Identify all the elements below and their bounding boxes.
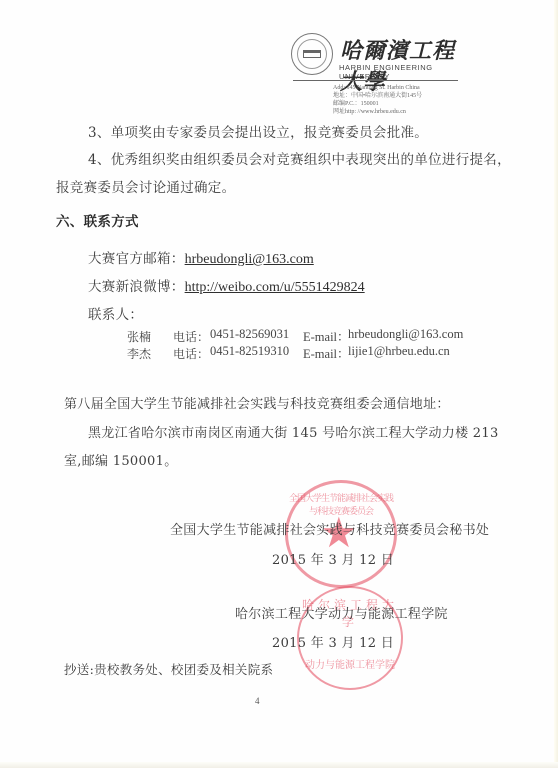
cc-line: 抄送:贵校教务处、校团委及相关院系 [64, 660, 273, 678]
logo-building-icon [303, 50, 321, 58]
weibo-link[interactable]: http://weibo.com/u/5551429824 [185, 280, 365, 295]
address-line: 邮编P.C.：150001 [333, 100, 422, 108]
letterhead-address: Add: 145 Nantong St. Harbin China 地址：中国•… [333, 84, 422, 116]
signature-org-2: 哈尔滨工程大学动力与能源工程学院 [235, 603, 448, 622]
contact-email-label: E-mail： [303, 327, 350, 345]
signature-date-2: 2015 年 3 月 12 日 [272, 632, 394, 651]
contacts-label: 联系人： [88, 303, 143, 323]
page-number: 4 [255, 696, 260, 706]
item-4-text-line1: 4、优秀组织奖由组织委员会对竞赛组织中表现突出的单位进行提名， [88, 148, 511, 168]
scan-edge-right [554, 0, 558, 768]
signature-org-1: 全国大学生节能减排社会实践与科技竞赛委员会秘书处 [170, 519, 489, 538]
letterhead-divider [293, 80, 458, 81]
signature-date-1: 2015 年 3 月 12 日 [272, 549, 394, 568]
mailing-address-line2: 室,邮编 150001。 [64, 450, 178, 469]
contact-phone: 0451-82569031 [210, 327, 289, 342]
section-6-heading: 六、联系方式 [56, 210, 139, 230]
item-4-text-line2: 报竞赛委员会讨论通过确定。 [56, 176, 235, 196]
seal-bottom-text: 动力与能源工程学院 [299, 656, 401, 671]
mailing-address-heading: 第八届全国大学生节能减排社会实践与科技竞赛组委会通信地址： [64, 393, 450, 412]
address-line: Add: 145 Nantong St. Harbin China [333, 84, 422, 92]
university-logo-icon [291, 33, 333, 75]
contact-name: 李杰 [127, 345, 151, 362]
item-3-text: 3、单项奖由专家委员会提出设立，报竞赛委员会批准。 [88, 121, 428, 141]
university-name-en: HARBIN ENGINEERING UNIVERSITY [339, 63, 468, 81]
contact-phone-label: 电话： [173, 328, 209, 345]
contact-phone-label: 电话： [173, 345, 209, 362]
mailing-address-line1: 黑龙江省哈尔滨市南岗区南通大街 145 号哈尔滨工程大学动力楼 213 [88, 422, 499, 441]
contact-email-label: E-mail： [303, 344, 350, 362]
contact-name: 张楠 [127, 328, 151, 345]
official-email-row: 大赛官方邮箱：hrbeudongli@163.com [88, 247, 314, 268]
official-email-label: 大赛官方邮箱： [88, 251, 185, 267]
weibo-row: 大赛新浪微博：http://weibo.com/u/5551429824 [88, 275, 365, 296]
address-line: 地址：中国•哈尔滨南通大街145号 [333, 92, 422, 100]
scan-edge-bottom [0, 762, 558, 768]
contact-email[interactable]: lijie1@hrbeu.edu.cn [348, 344, 450, 359]
logo-inner-ring [297, 39, 327, 69]
official-email-link[interactable]: hrbeudongli@163.com [185, 252, 314, 267]
weibo-label: 大赛新浪微博： [88, 279, 185, 295]
address-line: 网址http: //www.hrbeu.edu.cn [333, 108, 422, 116]
contact-phone: 0451-82519310 [210, 344, 289, 359]
contact-email[interactable]: hrbeudongli@163.com [348, 327, 463, 342]
letterhead: 哈爾濱工程大學 HARBIN ENGINEERING UNIVERSITY Ad… [288, 30, 468, 125]
document-page: 哈爾濱工程大學 HARBIN ENGINEERING UNIVERSITY Ad… [0, 0, 558, 768]
